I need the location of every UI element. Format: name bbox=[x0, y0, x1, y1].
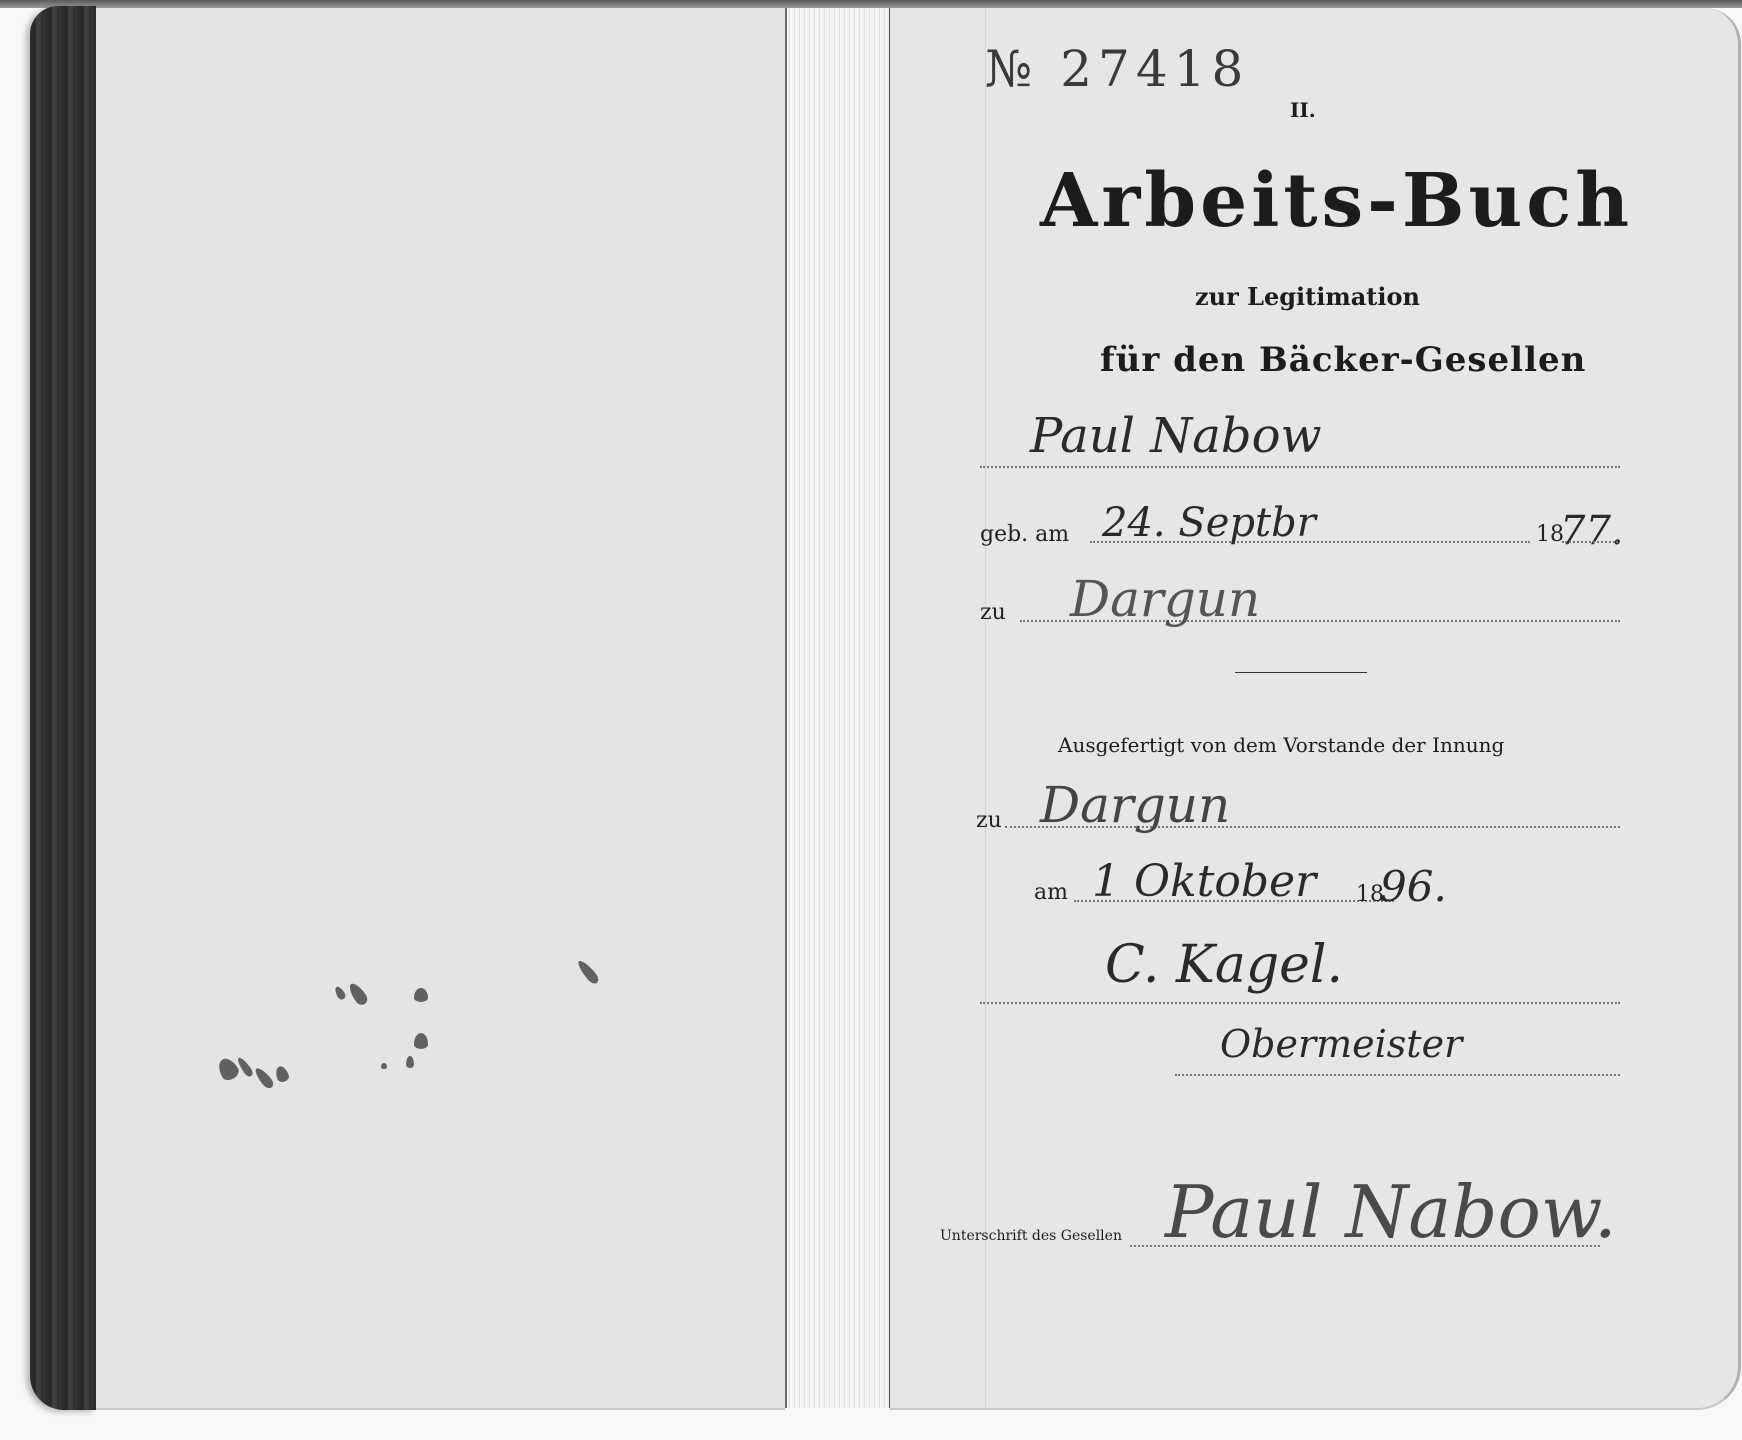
ink-blot bbox=[274, 1064, 291, 1083]
issuer-title-handwritten: Obermeister bbox=[1220, 1022, 1462, 1066]
book-spine bbox=[30, 6, 96, 1410]
left-blank-page bbox=[96, 8, 785, 1410]
holder-signature-label: Unterschrift des Gesellen bbox=[940, 1228, 1122, 1244]
issuer-signature-handwritten: C. Kagel. bbox=[1105, 935, 1343, 995]
ink-blot bbox=[414, 988, 428, 1002]
cloth-binding-strip bbox=[785, 8, 892, 1408]
issuer-signature-line bbox=[980, 1002, 1620, 1004]
ink-blot bbox=[414, 1033, 428, 1049]
ink-blot bbox=[252, 1066, 275, 1091]
name-field-line bbox=[980, 466, 1620, 468]
subtitle-baker: für den Bäcker-Gesellen bbox=[1100, 340, 1586, 380]
birth-year-handwritten: 77. bbox=[1560, 508, 1624, 554]
page-margin-fold bbox=[985, 8, 986, 1408]
issuer-title-line bbox=[1175, 1074, 1620, 1076]
ink-blot bbox=[575, 958, 601, 986]
ink-blot bbox=[235, 1056, 254, 1079]
ink-blot bbox=[346, 981, 370, 1008]
birth-place-handwritten: Dargun bbox=[1070, 570, 1260, 628]
section-divider bbox=[1235, 672, 1367, 673]
holder-name-handwritten: Paul Nabow bbox=[1030, 408, 1322, 464]
subtitle-legitimation: zur Legitimation bbox=[1195, 282, 1420, 311]
issue-year-handwritten: 96. bbox=[1380, 862, 1447, 911]
issue-place-handwritten: Dargun bbox=[1040, 776, 1230, 834]
ink-blot bbox=[406, 1056, 414, 1068]
holder-signature-handwritten: Paul Nabow. bbox=[1165, 1170, 1617, 1254]
issued-by-text: Ausgefertigt von dem Vorstande der Innun… bbox=[1058, 733, 1504, 757]
birth-date-label: geb. am bbox=[980, 522, 1069, 547]
birth-date-handwritten: 24. Septbr bbox=[1102, 500, 1316, 546]
scanner-top-edge bbox=[0, 0, 1742, 8]
ink-blot bbox=[333, 985, 347, 1001]
series-numeral: II. bbox=[1290, 98, 1316, 122]
document-number: № 27418 bbox=[985, 40, 1249, 98]
issue-date-label: am bbox=[1034, 880, 1068, 905]
ink-blot bbox=[381, 1063, 387, 1069]
number-value: 27418 bbox=[1060, 40, 1249, 98]
document-title: Arbeits-Buch bbox=[1040, 158, 1633, 244]
birth-year-line bbox=[1562, 541, 1618, 543]
issue-place-label: zu bbox=[976, 808, 1002, 833]
number-sign: № bbox=[985, 40, 1038, 98]
birth-place-label: zu bbox=[980, 600, 1006, 625]
issue-date-handwritten: 1 Oktober bbox=[1092, 856, 1316, 907]
